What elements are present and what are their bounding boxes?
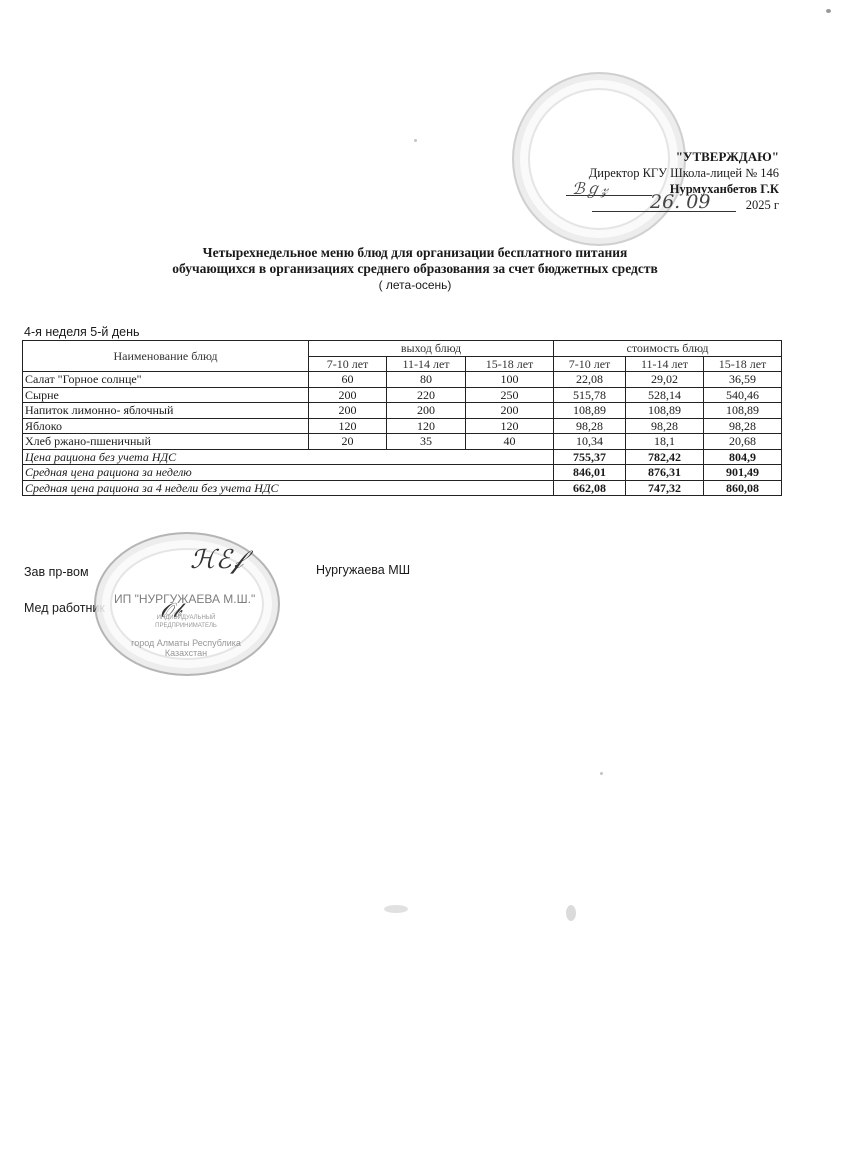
- scan-speck: [826, 9, 831, 13]
- table-row: Салат "Горное солнце"608010022,0829,0236…: [23, 372, 782, 388]
- dish-yield: 120: [466, 418, 554, 434]
- table-header-row-1: Наименование блюд выход блюд стоимость б…: [23, 341, 782, 357]
- dish-cost: 108,89: [626, 403, 704, 419]
- entrepreneur-stamp: ИП "НУРГУЖАЕВА М.Ш." ИНДИВИДУАЛЬНЫЙ ПРЕД…: [94, 532, 280, 676]
- staff-role-production-manager: Зав пр-вом: [24, 565, 89, 579]
- summary-row: Средная цена рациона за 4 недели без уче…: [23, 480, 782, 496]
- approval-position: Директор КГУ Школа-лицей № 146: [589, 166, 779, 181]
- dish-cost: 18,1: [626, 434, 704, 450]
- header-yield-age: 11-14 лет: [387, 356, 466, 372]
- dish-yield: 200: [309, 403, 387, 419]
- scan-speck: [384, 905, 408, 913]
- approval-year: 2025 г: [746, 198, 779, 213]
- dish-yield: 60: [309, 372, 387, 388]
- summary-row: Средная цена рациона за неделю846,01876,…: [23, 465, 782, 481]
- director-signature: ℬℊ𝓏: [572, 176, 608, 199]
- approval-date-handwritten: 26. 09: [650, 191, 710, 213]
- dish-yield: 80: [387, 372, 466, 388]
- dish-yield: 120: [309, 418, 387, 434]
- document-title-line1: Четырехнедельное меню блюд для организац…: [20, 245, 810, 261]
- dish-cost: 108,89: [704, 403, 782, 419]
- scan-speck: [414, 139, 417, 142]
- staff-role-medical-worker: Мед работник: [24, 601, 105, 615]
- summary-value: 846,01: [554, 465, 626, 481]
- dish-cost: 20,68: [704, 434, 782, 450]
- dish-yield: 20: [309, 434, 387, 450]
- summary-value: 782,42: [626, 449, 704, 465]
- summary-label: Средная цена рациона за неделю: [23, 465, 554, 481]
- dish-yield: 100: [466, 372, 554, 388]
- staff-name-production-manager: Нургужаева МШ: [316, 563, 410, 577]
- header-cost-age: 7-10 лет: [554, 356, 626, 372]
- header-cost-age: 15-18 лет: [704, 356, 782, 372]
- summary-value: 755,37: [554, 449, 626, 465]
- document-season: ( лета-осень): [20, 277, 810, 293]
- dish-yield: 200: [466, 403, 554, 419]
- medical-worker-signature: 𝒪𝒷: [160, 598, 181, 622]
- dish-yield: 250: [466, 387, 554, 403]
- dish-name: Хлеб ржано-пшеничный: [23, 434, 309, 450]
- dish-name: Сырне: [23, 387, 309, 403]
- dish-yield: 120: [387, 418, 466, 434]
- production-manager-signature: ℋℰ𝒻: [190, 545, 243, 576]
- dish-cost: 36,59: [704, 372, 782, 388]
- scan-speck: [600, 772, 603, 775]
- dish-yield: 35: [387, 434, 466, 450]
- header-yield-age: 15-18 лет: [466, 356, 554, 372]
- table-row: Яблоко12012012098,2898,2898,28: [23, 418, 782, 434]
- summary-row: Цена рациона без учета НДС755,37782,4280…: [23, 449, 782, 465]
- summary-value: 747,32: [626, 480, 704, 496]
- dish-name: Салат "Горное солнце": [23, 372, 309, 388]
- dish-cost: 528,14: [626, 387, 704, 403]
- dish-yield: 220: [387, 387, 466, 403]
- stamp-inner-bottom-text: ИНДИВИДУАЛЬНЫЙ ПРЕДПРИНИМАТЕЛЬ: [136, 614, 236, 630]
- dish-name: Яблоко: [23, 418, 309, 434]
- stamp-bottom-arc-text: город Алматы Республика Казахстан: [126, 638, 246, 658]
- dish-cost: 108,89: [554, 403, 626, 419]
- summary-label: Цена рациона без учета НДС: [23, 449, 554, 465]
- header-cost-age: 11-14 лет: [626, 356, 704, 372]
- dish-yield: 40: [466, 434, 554, 450]
- summary-value: 662,08: [554, 480, 626, 496]
- summary-value: 901,49: [704, 465, 782, 481]
- week-day-label: 4-я неделя 5-й день: [24, 325, 140, 339]
- header-yield-age: 7-10 лет: [309, 356, 387, 372]
- approval-title: "УТВЕРЖДАЮ": [676, 149, 779, 165]
- dish-cost: 98,28: [554, 418, 626, 434]
- dish-cost: 98,28: [704, 418, 782, 434]
- stamp-center-text: ИП "НУРГУЖАЕВА М.Ш.": [114, 592, 255, 606]
- summary-label: Средная цена рациона за 4 недели без уче…: [23, 480, 554, 496]
- summary-value: 804,9: [704, 449, 782, 465]
- scan-speck: [566, 905, 576, 921]
- dish-cost: 540,46: [704, 387, 782, 403]
- dish-cost: 515,78: [554, 387, 626, 403]
- dish-cost: 29,02: [626, 372, 704, 388]
- summary-value: 876,31: [626, 465, 704, 481]
- summary-value: 860,08: [704, 480, 782, 496]
- header-dish-name: Наименование блюд: [23, 341, 309, 372]
- header-cost-group: стоимость блюд: [554, 341, 782, 357]
- dish-cost: 10,34: [554, 434, 626, 450]
- table-row: Сырне200220250515,78528,14540,46: [23, 387, 782, 403]
- dish-name: Напиток лимонно- яблочный: [23, 403, 309, 419]
- menu-table: Наименование блюд выход блюд стоимость б…: [22, 340, 782, 496]
- official-stamp-school: [512, 72, 686, 246]
- dish-cost: 22,08: [554, 372, 626, 388]
- dish-yield: 200: [309, 387, 387, 403]
- table-row: Хлеб ржано-пшеничный20354010,3418,120,68: [23, 434, 782, 450]
- document-title-line2: обучающихся в организациях среднего обра…: [20, 261, 810, 277]
- header-yield-group: выход блюд: [309, 341, 554, 357]
- table-row: Напиток лимонно- яблочный200200200108,89…: [23, 403, 782, 419]
- dish-yield: 200: [387, 403, 466, 419]
- dish-cost: 98,28: [626, 418, 704, 434]
